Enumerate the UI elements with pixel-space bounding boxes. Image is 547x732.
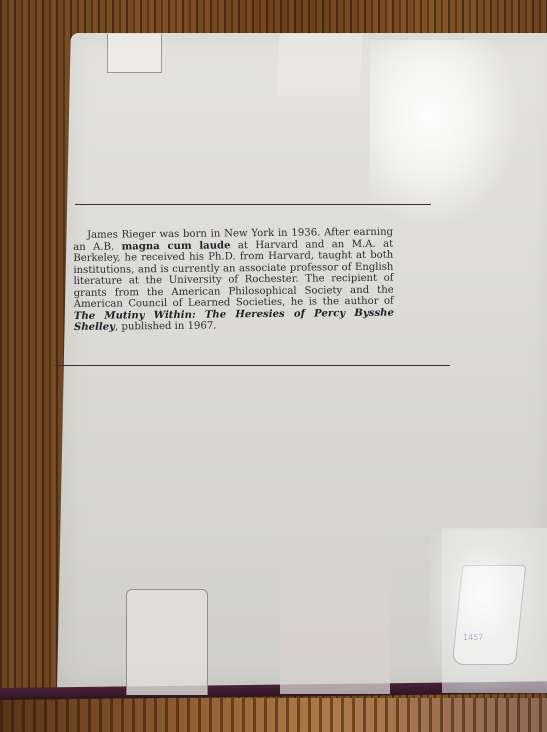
bottom-rule-line xyxy=(55,365,450,366)
tape-label-bottom-middle xyxy=(280,538,390,694)
light-glare-top xyxy=(370,40,520,230)
tape-label-bottom-left xyxy=(126,589,208,695)
top-rule-line xyxy=(75,204,431,205)
light-glare-bottom xyxy=(430,530,547,690)
author-bio: James Rieger was born in New York in 193… xyxy=(73,227,394,334)
bio-ending: , published in 1967. xyxy=(115,321,217,333)
wooden-table-foreground xyxy=(0,698,547,732)
tape-label-top-right xyxy=(276,34,362,96)
bio-honor: magna cum laude xyxy=(122,240,231,252)
tape-label-top-left xyxy=(107,34,162,73)
